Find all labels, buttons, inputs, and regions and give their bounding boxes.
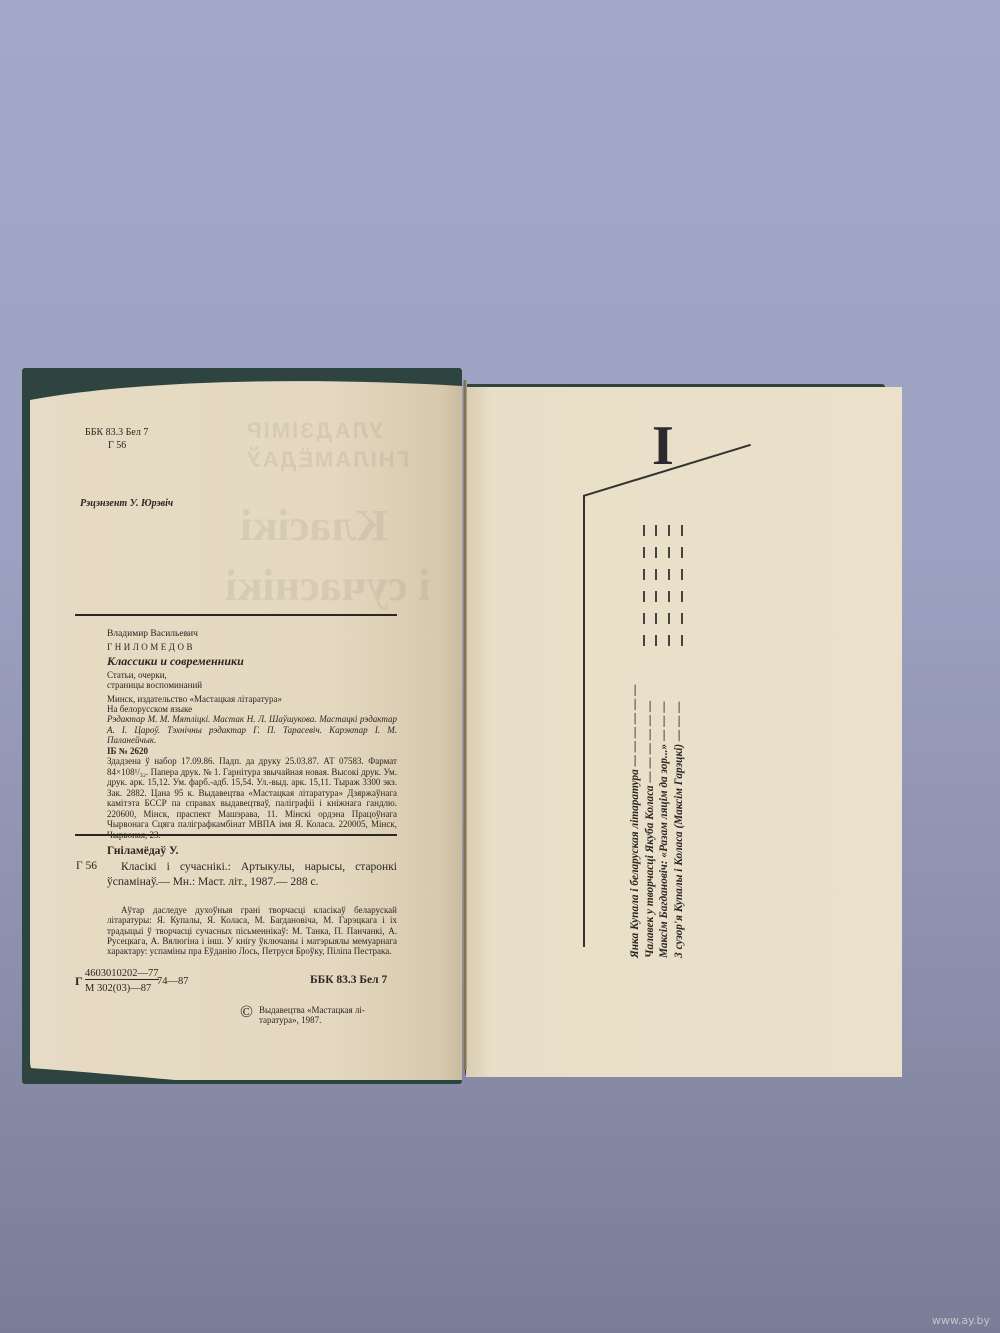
reviewer: Рэцэнзент У. Юрэвіч (80, 498, 173, 509)
author-name: Владимир Васильевич (107, 629, 198, 640)
copyright-icon: © (240, 1002, 253, 1022)
ghost-author-line2: ГНІЛАМЁДАЎ (245, 447, 409, 473)
decorative-vertical-line (583, 495, 585, 947)
bbk-code-bottom: ББК 83.3 Бел 7 (310, 974, 387, 986)
watermark: www.ay.by (932, 1314, 990, 1327)
annotation: Аўтар даследуе духоўныя грані творчасці … (107, 905, 397, 956)
ghost-author-line1: УЛАДЗІМІР (245, 418, 383, 444)
leader-dashes-4 (681, 525, 683, 657)
bbk-code-top: ББК 83.3 Бел 7 (85, 427, 148, 438)
toc-entry: Янка Купала і беларуская літаратура — — … (628, 685, 643, 958)
subtitle-line1: Статьи, очерки, (107, 670, 167, 680)
divider-bottom (75, 834, 397, 836)
publisher-line: Минск, издательство «Мастацкая літаратур… (107, 694, 282, 704)
ghost-title-line2: і сучаснікі (225, 560, 431, 611)
copyright-line2: таратура», 1987. (259, 1015, 321, 1026)
formula-denominator: М 302(03)—87 (85, 983, 151, 994)
author-surname: ГНИЛОМЕДОВ (107, 642, 195, 653)
leader-dashes-2 (655, 525, 657, 657)
formula-prefix: Г (75, 974, 83, 989)
section-numeral: I (652, 418, 674, 474)
toc-entry: Чалавек у творчасці Якуба Коласа — — — —… (643, 685, 658, 958)
toc-entry: Максім Багдановіч: «Разам ляцім да зор..… (657, 685, 672, 958)
language-line: На белорусском языке (107, 704, 192, 714)
toc-entry: З сузор'я Купалы і Коласа (Максім Гарэцк… (672, 685, 687, 958)
table-of-contents: Янка Купала і беларуская літаратура — — … (628, 685, 686, 958)
catalog-code: Г 56 (76, 860, 97, 872)
catalog-code-top: Г 56 (108, 440, 126, 451)
formula-numerator: 4603010202—77 (85, 968, 159, 980)
catalog-entry: Класікі і сучаснікі.: Артыкулы, нарысы, … (107, 860, 397, 890)
leader-dashes-3 (668, 525, 670, 657)
formula-suffix: 74—87 (157, 976, 189, 987)
credits: Рэдактар М. М. Мятліцкі. Мастак Н. Л. Ша… (107, 714, 397, 746)
subtitle-line2: страницы воспоминаний (107, 680, 202, 690)
book-title: Классики и современники (107, 654, 244, 669)
book-spine-gutter (463, 380, 467, 1070)
catalog-author: Гніламёдаў У. (107, 845, 178, 857)
divider-top (75, 614, 397, 616)
ib-number: ІБ № 2620 (107, 746, 148, 756)
copyright-line1: Выдавецтва «Мастацкая лі- (259, 1005, 365, 1016)
ghost-title-line1: Класікі (240, 500, 388, 551)
leader-dashes-1 (643, 525, 645, 657)
print-details: Здадзена ў набор 17.09.86. Падп. да друк… (107, 756, 397, 840)
